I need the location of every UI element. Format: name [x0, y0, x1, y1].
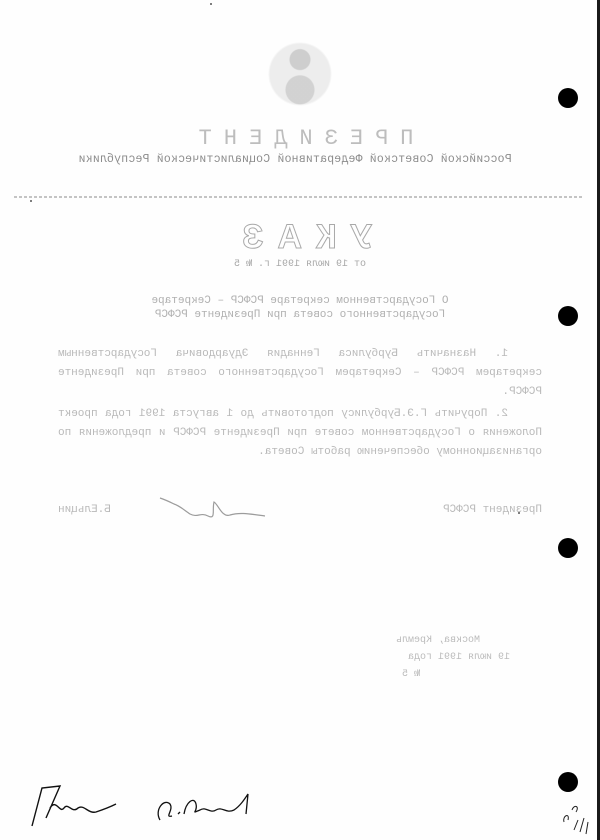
- handwritten-signature-2-icon: [150, 780, 270, 840]
- paragraph-1: 1. Назначить Бурбулиса Геннадия Эдуардов…: [58, 345, 542, 402]
- corner-initials-icon: [560, 800, 594, 836]
- binder-hole-icon: [558, 538, 578, 558]
- document-type: УКАЗ: [0, 218, 600, 257]
- scan-speck: [30, 200, 32, 202]
- header-subtitle: Российской Советской Федеративной Социал…: [20, 153, 570, 166]
- scan-speck: [518, 512, 520, 514]
- binder-hole-icon: [558, 306, 578, 326]
- signatory-title: Президент РСФСР: [443, 504, 542, 516]
- binder-hole-icon: [558, 88, 578, 108]
- binder-hole-icon: [558, 772, 578, 792]
- signatory-name: Б.Ельцин: [58, 504, 111, 516]
- decree-number: № 5: [340, 666, 510, 683]
- header-title: ПРЕЗИДЕНТ: [0, 126, 600, 151]
- decree-date-line: от 19 июля 1991 г. № 5: [0, 259, 600, 270]
- mirrored-content: ПРЕЗИДЕНТ Российской Советской Федератив…: [0, 0, 600, 840]
- signing-date: 19 июля 1991 года: [340, 649, 510, 666]
- scanned-document-page: ПРЕЗИДЕНТ Российской Советской Федератив…: [0, 0, 600, 840]
- crest-emblem-icon: [268, 38, 332, 110]
- decree-subject: О Государственном секретаре РСФСР – Секр…: [110, 294, 490, 322]
- scan-speck: [210, 3, 212, 5]
- president-signature-icon: [150, 494, 270, 524]
- paragraph-2: 2. Поручить Г.Э.Бурбулису подготовить до…: [58, 405, 542, 462]
- handwritten-signature-1-icon: [20, 778, 120, 838]
- header-divider: [14, 196, 582, 198]
- place-date-block: Москва, Кремль 19 июля 1991 года № 5: [340, 632, 510, 683]
- place: Москва, Кремль: [340, 632, 510, 649]
